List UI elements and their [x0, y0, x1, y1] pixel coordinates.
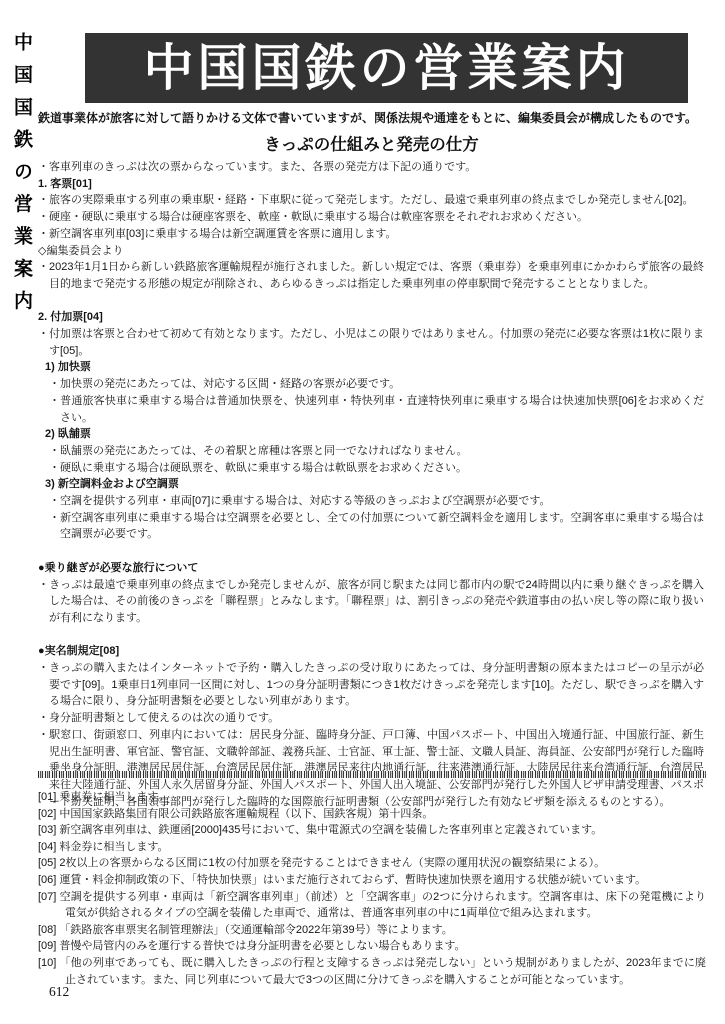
page-title: きっぷの仕組みと発売の仕方 — [38, 131, 705, 155]
footnote: [08] 「鉄路旅客車票実名制管理辦法」（交通運輸部令2022年第39号）等によ… — [38, 922, 706, 939]
footnote-text: 「他の列車であっても、既に購入したきっぷの行程と支障するきっぷは発売しない」とい… — [60, 957, 706, 986]
page-number: 612 — [49, 984, 69, 1000]
body-gap — [38, 543, 704, 560]
body-line: ・きっぷの購入またはインターネットで予約・購入したきっぷの受け取りにあたっては、… — [38, 660, 704, 710]
footnote: [05] 2枚以上の客票からなる区間に1枚の付加票を発売することはできません（実… — [38, 855, 706, 872]
body-line: ・空調を提供する列車・車両[07]に乗車する場合は、対応する等級のきっぷおよび空… — [49, 493, 704, 510]
footnote-text: 料金券に相当します。 — [59, 841, 168, 853]
footnote-text: 中国国家鉄路集団有限公司鉄路旅客運輸規程（以下、国鉄客規）第十四条。 — [59, 808, 433, 820]
footnote-text: 乗車券に相当します。 — [59, 791, 168, 803]
body-heading: 2. 付加票[04] — [38, 309, 704, 326]
footnote: [06] 運賃・料金抑制政策の下、「特快加快票」はいまだ施行されておらず、暫時快… — [38, 872, 706, 889]
body-heading: 3) 新空調料金および空調票 — [45, 476, 704, 493]
body-line: ・きっぷは最遠で乗車列車の終点までしか発売しませんが、旅客が同じ駅または同じ都市… — [38, 577, 704, 627]
footnote-label: [08] — [38, 924, 59, 936]
body-line: ・硬臥に乗車する場合は硬臥票を、軟臥に乗車する場合は軟臥票をお求めください。 — [49, 460, 704, 477]
body-heading: ●乗り継ぎが必要な旅行について — [38, 560, 704, 577]
editorial-note: 鉄道事業体が旅客に対して語りかける文体で書いていますが、関係法規や通達をもとに、… — [38, 109, 705, 126]
body-gap — [38, 627, 704, 644]
footnote-label: [05] — [38, 857, 59, 869]
body-line: ・客車列車のきっぷは次の票からなっています。また、各票の発売方は下記の通りです。 — [38, 159, 704, 176]
body-line: ・普通旅客快車に乗車する場合は普通加快票を、快速列車・特快列車・直達特快列車に乗… — [49, 393, 704, 426]
body-line: ・2023年1月1日から新しい鉄路旅客運輸規程が施行されました。新しい規定では、… — [38, 259, 704, 292]
footnote-text: 普慢や局管内のみを運行する普快では身分証明書を必要としない場合もあります。 — [59, 940, 465, 952]
body-heading: 1) 加快票 — [45, 359, 704, 376]
footnote: [07] 空調を提供する列車・車両は「新空調客車列車」（前述）と「空調客車」の2… — [38, 889, 706, 922]
body-line: ・臥舗票の発売にあたっては、その着駅と席種は客票と同一でなければなりません。 — [49, 443, 704, 460]
footnote: [09] 普慢や局管内のみを運行する普快では身分証明書を必要としない場合もありま… — [38, 938, 706, 955]
footnote-text: 2枚以上の客票からなる区間に1枚の付加票を発売することはできません（実際の運用状… — [59, 857, 605, 869]
body-line: ・加快票の発売にあたっては、対応する区間・経路の客票が必要です。 — [49, 376, 704, 393]
footnote-label: [04] — [38, 841, 59, 853]
footnote-label: [07] — [38, 891, 60, 903]
footnote-text: 空調を提供する列車・車両は「新空調客車列車」（前述）と「空調客車」の2つに分けら… — [60, 891, 706, 920]
body-heading: ●実名制規定[08] — [38, 643, 704, 660]
footnote: [02] 中国国家鉄路集団有限公司鉄路旅客運輸規程（以下、国鉄客規）第十四条。 — [38, 806, 706, 823]
body-line: ・新空調客車列車[03]に乗車する場合は新空調運賃を客票に適用します。 — [38, 226, 704, 243]
body-gap — [38, 293, 704, 310]
footnote-separator-rule — [38, 771, 706, 778]
document-page: 中国国鉄の営業案内 中国国鉄の営業案内 鉄道事業体が旅客に対して語りかける文体で… — [0, 0, 725, 1024]
title-banner: 中国国鉄の営業案内 — [85, 33, 688, 103]
banner-title-text: 中国国鉄の営業案内 — [144, 43, 630, 93]
footnote-label: [02] — [38, 808, 59, 820]
body-text-block: ・客車列車のきっぷは次の票からなっています。また、各票の発売方は下記の通りです。… — [38, 159, 704, 810]
footnote: [01] 乗車券に相当します。 — [38, 789, 706, 806]
footnote-text: 「鉄路旅客車票実名制管理辦法」（交通運輸部令2022年第39号）等によります。 — [59, 924, 452, 936]
body-line: ・旅客の実際乗車する列車の乗車駅・経路・下車駅に従って発売します。ただし、最遠で… — [38, 192, 704, 209]
footnote: [04] 料金券に相当します。 — [38, 839, 706, 856]
body-heading: 2) 臥舗票 — [45, 426, 704, 443]
footnote: [03] 新空調客車列車は、鉄運函[2000]435号において、集中電源式の空調… — [38, 822, 706, 839]
footnote-label: [01] — [38, 791, 59, 803]
footnote-text: 新空調客車列車は、鉄運函[2000]435号において、集中電源式の空調を装備した… — [59, 824, 602, 836]
body-line: ・付加票は客票と合わせて初めて有効となります。ただし、小児はこの限りではありませ… — [38, 326, 704, 359]
body-line: ・硬座・硬臥に乗車する場合は硬座客票を、軟座・軟臥に乗車する場合は軟座客票をそれ… — [38, 209, 704, 226]
body-line: ・身分証明書類として使えるのは次の通りです。 — [38, 710, 704, 727]
sidebar-vertical-title: 中国国鉄の営業案内 — [8, 32, 35, 323]
footnote-label: [10] — [38, 957, 60, 969]
footnote-label: [03] — [38, 824, 59, 836]
footnote-text: 運賃・料金抑制政策の下、「特快加快票」はいまだ施行されておらず、暫時快速加快票を… — [59, 874, 646, 886]
body-line: ◇編集委員会より — [38, 243, 704, 260]
body-line: ・新空調客車列車に乗車する場合は空調票を必要とし、全ての付加票について新空調料金… — [49, 510, 704, 543]
footnote: [10] 「他の列車であっても、既に購入したきっぷの行程と支障するきっぷは発売し… — [38, 955, 706, 988]
footnote-label: [06] — [38, 874, 59, 886]
footnotes-block: [01] 乗車券に相当します。[02] 中国国家鉄路集団有限公司鉄路旅客運輸規程… — [38, 789, 706, 988]
body-heading: 1. 客票[01] — [38, 176, 704, 193]
footnote-label: [09] — [38, 940, 59, 952]
